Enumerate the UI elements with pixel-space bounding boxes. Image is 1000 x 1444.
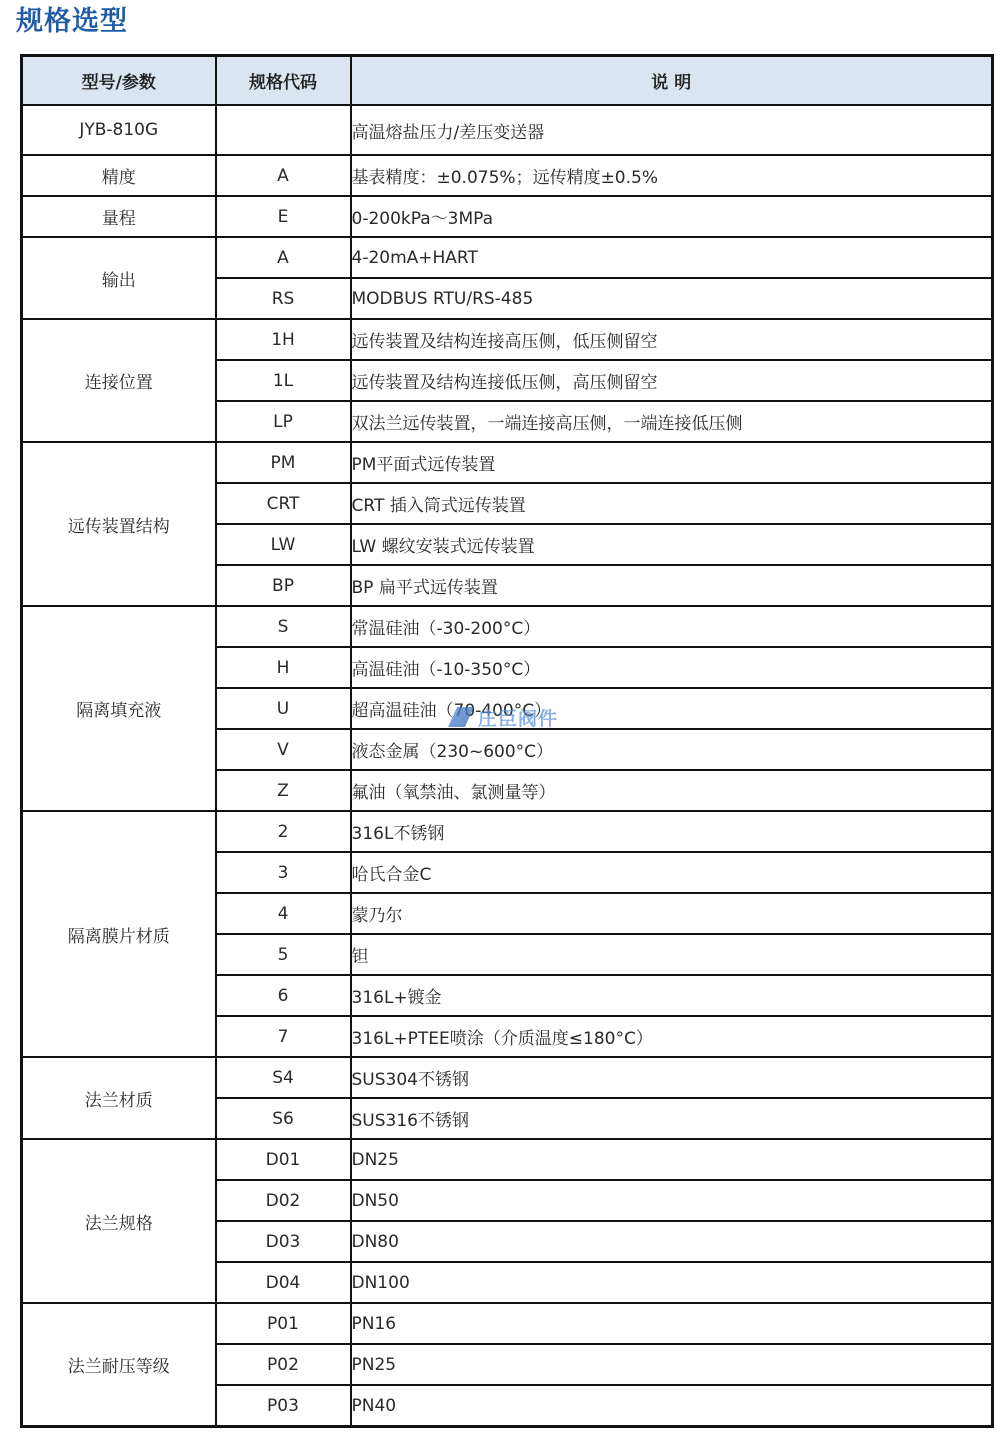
spec-description: 316L不锈钢 [351, 811, 993, 852]
param-label: 远传装置结构 [22, 442, 216, 606]
param-label: 输出 [22, 237, 216, 319]
spec-code: S [216, 606, 351, 647]
spec-description: 常温硅油（-30-200°C） [351, 606, 993, 647]
param-label: 精度 [22, 155, 216, 196]
spec-description: DN80 [351, 1221, 993, 1262]
table-row: 远传装置结构PMPM平面式远传装置 [22, 442, 993, 483]
table-row: 法兰规格D01DN25 [22, 1139, 993, 1180]
spec-description: DN100 [351, 1262, 993, 1303]
spec-description: SUS304不锈钢 [351, 1057, 993, 1098]
spec-code: 2 [216, 811, 351, 852]
spec-code: RS [216, 278, 351, 319]
spec-code: LW [216, 524, 351, 565]
spec-code: D01 [216, 1139, 351, 1180]
spec-description: 哈氏合金C [351, 852, 993, 893]
spec-code: 1H [216, 319, 351, 360]
param-label: 法兰材质 [22, 1057, 216, 1139]
spec-description: LW 螺纹安装式远传装置 [351, 524, 993, 565]
spec-code: P02 [216, 1344, 351, 1385]
spec-code: S6 [216, 1098, 351, 1139]
spec-code: H [216, 647, 351, 688]
spec-description: 氟油（氧禁油、氯测量等） [351, 770, 993, 811]
spec-description: 钽 [351, 934, 993, 975]
spec-code: P01 [216, 1303, 351, 1344]
spec-code: P03 [216, 1385, 351, 1427]
spec-description: BP 扁平式远传装置 [351, 565, 993, 606]
spec-description: 高温硅油（-10-350°C） [351, 647, 993, 688]
spec-code: V [216, 729, 351, 770]
spec-code: 3 [216, 852, 351, 893]
spec-description: SUS316不锈钢 [351, 1098, 993, 1139]
param-label: 隔离填充液 [22, 606, 216, 811]
table-row-model: JYB-810G 高温熔盐压力/差压变送器 [22, 105, 993, 155]
spec-description: 液态金属（230~600°C） [351, 729, 993, 770]
spec-code: D04 [216, 1262, 351, 1303]
param-label: 连接位置 [22, 319, 216, 442]
param-label: 隔离膜片材质 [22, 811, 216, 1057]
model-desc: 高温熔盐压力/差压变送器 [351, 105, 993, 155]
spec-code: A [216, 155, 351, 196]
spec-description: 远传装置及结构连接高压侧，低压侧留空 [351, 319, 993, 360]
table-row: 输出A4-20mA+HART [22, 237, 993, 278]
spec-description: PN40 [351, 1385, 993, 1427]
param-label: 法兰耐压等级 [22, 1303, 216, 1427]
spec-description: 远传装置及结构连接低压侧，高压侧留空 [351, 360, 993, 401]
spec-code: A [216, 237, 351, 278]
page-title: 规格选型 [16, 2, 128, 42]
spec-description: CRT 插入筒式远传装置 [351, 483, 993, 524]
spec-code: CRT [216, 483, 351, 524]
table-row: 精度A基表精度：±0.075%；远传精度±0.5% [22, 155, 993, 196]
spec-description: 蒙乃尔 [351, 893, 993, 934]
spec-description: 超高温硅油（70-400°C） [351, 688, 993, 729]
spec-code: D02 [216, 1180, 351, 1221]
header-desc: 说 明 [351, 56, 993, 106]
spec-description: PM平面式远传装置 [351, 442, 993, 483]
spec-code: D03 [216, 1221, 351, 1262]
table-row: 隔离填充液S常温硅油（-30-200°C） [22, 606, 993, 647]
spec-code: 7 [216, 1016, 351, 1057]
table-row: 量程E0-200kPa～3MPa [22, 196, 993, 237]
spec-description: PN16 [351, 1303, 993, 1344]
spec-description: 316L+镀金 [351, 975, 993, 1016]
spec-code: E [216, 196, 351, 237]
param-label: 量程 [22, 196, 216, 237]
spec-code: Z [216, 770, 351, 811]
model-code [216, 105, 351, 155]
spec-code: U [216, 688, 351, 729]
spec-code: BP [216, 565, 351, 606]
table-row: 法兰耐压等级P01PN16 [22, 1303, 993, 1344]
spec-code: 4 [216, 893, 351, 934]
spec-description: MODBUS RTU/RS-485 [351, 278, 993, 319]
table-row: 法兰材质S4SUS304不锈钢 [22, 1057, 993, 1098]
spec-code: 1L [216, 360, 351, 401]
spec-table: 型号/参数 规格代码 说 明 JYB-810G 高温熔盐压力/差压变送器 精度A… [20, 54, 994, 1428]
spec-code: S4 [216, 1057, 351, 1098]
table-row: 连接位置1H远传装置及结构连接高压侧，低压侧留空 [22, 319, 993, 360]
table-header-row: 型号/参数 规格代码 说 明 [22, 56, 993, 106]
spec-description: DN50 [351, 1180, 993, 1221]
spec-description: DN25 [351, 1139, 993, 1180]
param-label: 法兰规格 [22, 1139, 216, 1303]
spec-description: 316L+PTEE喷涂（介质温度≤180°C） [351, 1016, 993, 1057]
model-name: JYB-810G [22, 105, 216, 155]
spec-code: 6 [216, 975, 351, 1016]
spec-description: 双法兰远传装置，一端连接高压侧，一端连接低压侧 [351, 401, 993, 442]
spec-code: 5 [216, 934, 351, 975]
spec-code: PM [216, 442, 351, 483]
spec-description: 4-20mA+HART [351, 237, 993, 278]
table-row: 隔离膜片材质2316L不锈钢 [22, 811, 993, 852]
spec-description: PN25 [351, 1344, 993, 1385]
header-param: 型号/参数 [22, 56, 216, 106]
spec-description: 0-200kPa～3MPa [351, 196, 993, 237]
spec-description: 基表精度：±0.075%；远传精度±0.5% [351, 155, 993, 196]
header-code: 规格代码 [216, 56, 351, 106]
spec-code: LP [216, 401, 351, 442]
